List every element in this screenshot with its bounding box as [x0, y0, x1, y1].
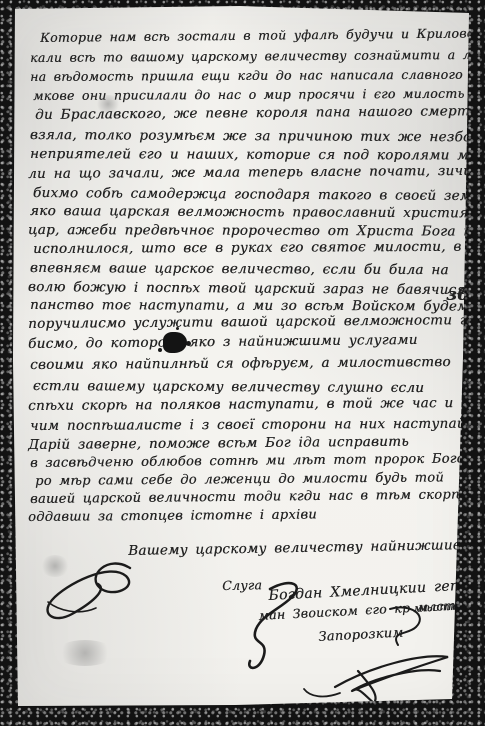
manuscript-line: волю божую і поспѣх твой царский зараз н… — [28, 279, 485, 298]
manuscript-line: бисмо, до которого яко з найнижшими услу… — [28, 332, 418, 352]
manuscript-line: бихмо собѣ самодержца господаря такого в… — [33, 185, 485, 204]
ink-spatter-dot — [158, 348, 162, 352]
manuscript-line: своими яко найпилнѣй ся офѣруєм, а милос… — [30, 354, 451, 373]
manuscript-line: поручилисмо услужити вашой царской велмо… — [28, 312, 485, 332]
manuscript-line: взяла, толко розумѣєм же за причиною тих… — [30, 127, 485, 146]
closing-line: Вашему царскому величеству найнижшиє — [128, 537, 461, 559]
manuscript-line: вашей царской величности тоди кгди нас в… — [30, 487, 485, 507]
manuscript-line: в засвѣдченю облюбов сотнѣ ми лѣт тот пр… — [30, 451, 485, 471]
manuscript-line: неприятелей єго и наших, которие ся под … — [30, 146, 485, 164]
manuscript-paper: Которие нам всѣ зостали в той уфалѣ буду… — [0, 0, 485, 726]
ink-spatter-dot — [176, 327, 179, 330]
photo-background: Которие нам всѣ зостали в той уфалѣ буду… — [0, 0, 485, 726]
signature-flourish — [240, 575, 455, 705]
manuscript-line: кали всѣ то вашому царскому величеству с… — [30, 47, 485, 65]
manuscript-line: на вѣдомость пришла ещи кгди до нас напи… — [30, 66, 485, 84]
manuscript-line: чим поспѣшалисте і з своєї сторони на ни… — [30, 416, 485, 434]
manuscript-line: ро мѣр сами себе до леженци до милости б… — [35, 470, 444, 489]
manuscript-line: спѣхи скорѣ на поляков наступати, в той … — [28, 395, 453, 414]
manuscript-line: Дарій заверне, поможе всѣм Бог іда испра… — [28, 434, 409, 453]
ink-spatter-dot — [186, 341, 191, 346]
left-paraph-flourish — [38, 550, 158, 655]
manuscript-line: ли на що зачали, же мала теперь власне п… — [28, 163, 485, 182]
manuscript-line: оддавши за стопцев істотнє і архіви — [28, 507, 317, 525]
manuscript-line: исполнилося, што все в руках єго святоє … — [33, 239, 485, 257]
paper-smudge — [95, 95, 121, 113]
manuscript-line: Которие нам всѣ зостали в той уфалѣ буду… — [40, 24, 485, 45]
manuscript-line: впевняєм ваше царскоє величество, єсли б… — [30, 260, 449, 278]
manuscript-line: єстли вашему царскому величеству слушно … — [33, 378, 424, 396]
manuscript-line: цар, ажеби предвѣчноє пророчество от Хри… — [28, 222, 485, 240]
manuscript-line: яко ваша царская велможность православни… — [30, 203, 485, 222]
